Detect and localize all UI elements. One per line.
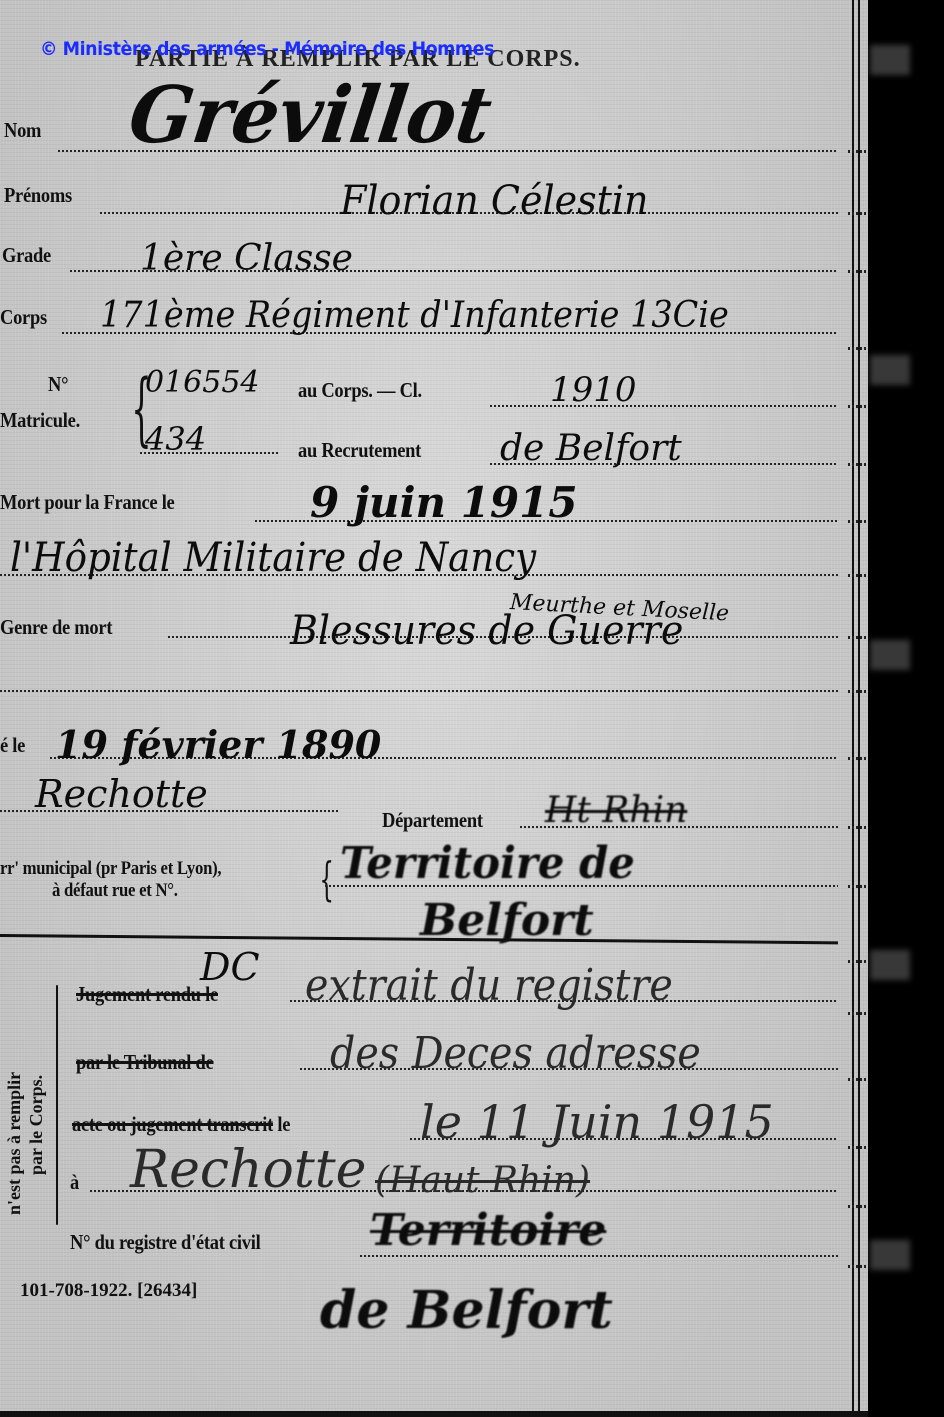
registre-value-struck: Territoire xyxy=(370,1205,606,1256)
mort-value: 9 juin 1915 xyxy=(310,478,578,527)
recrutement-label: au Recrutement xyxy=(298,438,421,463)
transcription-bracket xyxy=(56,985,58,1225)
arrondissement-brace: { xyxy=(319,852,334,906)
prenoms-value: Florian Célestin xyxy=(340,178,649,224)
naissance-value: 19 février 1890 xyxy=(55,722,381,767)
lieu-mort-value: l'Hôpital Militaire de Nancy xyxy=(10,535,536,581)
nom-value: Grévillot xyxy=(124,70,497,161)
side-label-line1: n'est pas à remplir xyxy=(4,1072,25,1215)
departement-label: Département xyxy=(382,808,483,833)
form-reference-code: 101-708-1922. [26434] xyxy=(20,1280,197,1302)
naissance-label: é le xyxy=(0,733,25,758)
blank-line xyxy=(0,690,838,692)
corps-label: Corps xyxy=(0,305,47,330)
acte-value: le 11 Juin 1915 xyxy=(420,1095,774,1149)
recrutement-value: de Belfort xyxy=(500,428,682,469)
scan-artifact xyxy=(870,45,910,75)
genre-mort-label: Genre de mort xyxy=(0,615,112,640)
jugement-label: Jugement rendu le xyxy=(76,982,218,1007)
departement-value-struck: Ht Rhin xyxy=(545,790,687,831)
military-death-record-card: PARTIE À REMPLIR PAR LE CORPS. © Ministè… xyxy=(0,0,868,1417)
scan-artifact xyxy=(870,640,910,670)
classe-line xyxy=(490,405,838,407)
tribunal-label: par le Tribunal de xyxy=(76,1050,213,1075)
grade-value: 1ère Classe xyxy=(140,238,353,279)
acte-label: acte ou jugement transcrit le xyxy=(72,1112,290,1137)
au-corps-label: au Corps. — Cl. xyxy=(298,378,422,403)
arrondissement-label-line2: à défaut rue et N°. xyxy=(52,880,178,902)
scan-artifact xyxy=(870,355,910,385)
bottom-edge-shadow xyxy=(0,1411,868,1417)
copyright-watermark: © Ministère des armées - Mémoire des Hom… xyxy=(40,38,494,60)
a-value-struck: (Haut Rhin) xyxy=(375,1160,590,1201)
acte-label-struck: acte ou jugement transcrit xyxy=(72,1112,273,1136)
naissance-lieu: Rechotte xyxy=(35,772,208,816)
recrutement-number-line xyxy=(140,452,280,454)
registre-value-line2: de Belfort xyxy=(320,1280,613,1341)
nom-label: Nom xyxy=(4,118,41,143)
scan-artifact xyxy=(870,950,910,980)
corps-value: 171ème Régiment d'Infanterie 13Cie xyxy=(100,295,729,336)
matricule-corps-number: 016554 xyxy=(145,365,260,400)
grade-label: Grade xyxy=(2,243,51,268)
section-divider xyxy=(0,934,838,944)
acte-label-le: le xyxy=(277,1112,290,1136)
side-label-line2: par le Corps. xyxy=(26,1075,47,1175)
a-value: Rechotte xyxy=(130,1140,366,1200)
matricule-label: Matricule. xyxy=(0,408,80,433)
mort-label: Mort pour la France le xyxy=(0,490,175,515)
classe-value: 1910 xyxy=(550,370,637,410)
jugement-value: extrait du registre xyxy=(305,960,673,1011)
a-label: à xyxy=(70,1170,79,1195)
arrondissement-value-line1: Territoire de xyxy=(340,838,635,889)
registre-label: N° du registre d'état civil xyxy=(70,1230,261,1255)
matricule-no-label: N° xyxy=(48,372,68,397)
arrondissement-label-line1: rr' municipal (pr Paris et Lyon), xyxy=(0,858,221,880)
scan-artifact xyxy=(870,1240,910,1270)
prenoms-label: Prénoms xyxy=(4,183,72,208)
tribunal-value: des Deces adresse xyxy=(330,1028,701,1079)
